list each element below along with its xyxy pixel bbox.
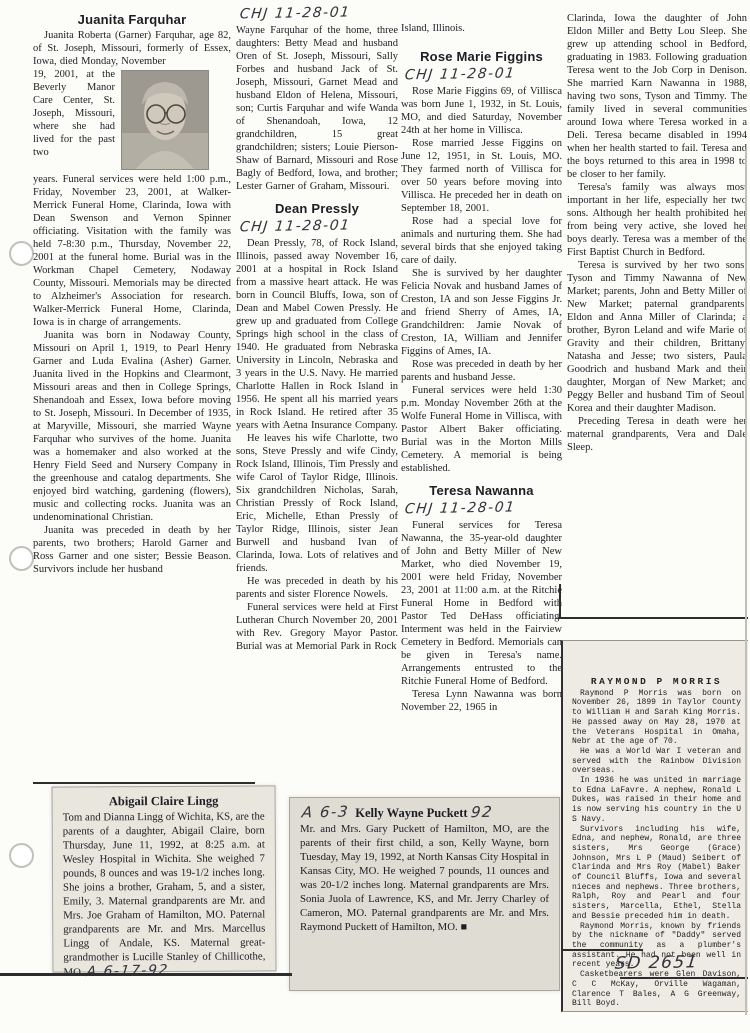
obit-paragraph: He leaves his wife Charlotte, two sons, … <box>236 432 398 575</box>
handwritten-annotation: 92 <box>470 805 494 819</box>
page-edge-line <box>745 150 747 1015</box>
end-mark: ■ <box>460 921 467 933</box>
obit-title: Dean Pressly <box>236 201 398 216</box>
birth-title: Abigail Claire Lingg <box>63 793 265 808</box>
obit-paragraph: He was preceded in death by his parents … <box>236 575 398 601</box>
hole-punch-icon <box>9 241 34 266</box>
obit-paragraph: Casketbearers were Glen Davison, C C McK… <box>572 970 741 1009</box>
separator-line <box>559 584 561 618</box>
separator-line <box>0 973 292 976</box>
obit-paragraph: Teresa's family was always most importan… <box>567 181 747 259</box>
handwritten-annotation: CHJ 11-28-01 <box>404 65 562 84</box>
obit-paragraph: Rose Marie Figgins 69, of Villisca was b… <box>401 85 562 137</box>
obit-paragraph: Wayne Farquhar of the home, three daught… <box>236 24 398 193</box>
obit-title: Rose Marie Figgins <box>401 49 562 64</box>
birth-body: Mr. and Mrs. Gary Puckett of Hamilton, M… <box>300 822 549 934</box>
separator-line <box>558 617 748 619</box>
obit-paragraph: Clarinda, Iowa the daughter of John Eldo… <box>567 12 747 181</box>
obit-paragraph: Island, Illinois. <box>401 22 562 35</box>
obit-paragraph: In 1936 he was united in marriage to Edn… <box>572 776 741 825</box>
obit-paragraph: Funeral services for Teresa Nawanna, the… <box>401 519 562 688</box>
obit-paragraph: Funeral services were held at First Luth… <box>236 601 398 653</box>
clipping-abigail-lingg: Abigail Claire Lingg Tom and Dianna Ling… <box>52 785 277 972</box>
obit-paragraph: He was a World War I veteran and served … <box>572 747 741 776</box>
hole-punch-icon <box>9 843 34 868</box>
obit-title: Juanita Farquhar <box>33 12 231 27</box>
obit-title: RAYMOND P MORRIS <box>572 677 741 687</box>
obit-paragraph: Teresa Lynn Nawanna was born November 22… <box>401 688 562 714</box>
birth-text: Tom and Dianna Lingg of Wichita, KS, are… <box>63 810 266 978</box>
separator-line <box>33 782 255 784</box>
obit-paragraph: Dean Pressly, 78, of Rock Island, Illino… <box>236 237 398 432</box>
obit-paragraph: Juanita was preceded in death by her par… <box>33 524 231 576</box>
obit-paragraph: Juanita Roberta (Garner) Farquhar, age 8… <box>33 29 231 68</box>
portrait-photo <box>121 70 209 170</box>
scanned-obituary-page: Juanita Farquhar Juanita Roberta (Garner… <box>0 0 750 1033</box>
birth-text: Mr. and Mrs. Gary Puckett of Hamilton, M… <box>300 823 549 933</box>
obit-paragraph: Teresa is survived by her two sons, Tyso… <box>567 259 747 415</box>
obituary-column-4: Clarinda, Iowa the daughter of John Eldo… <box>567 12 747 612</box>
separator-line <box>620 977 748 979</box>
obit-paragraph: Survivors including his wife, Edna, and … <box>572 825 741 922</box>
obit-paragraph: Funeral services were held 1:30 p.m. Mon… <box>401 384 562 475</box>
obit-paragraph: Juanita was born in Nodaway County, Miss… <box>33 329 231 524</box>
obit-paragraph: Preceding Teresa in death were her mater… <box>567 415 747 454</box>
obituary-column-2: CHJ 11-28-01 Wayne Farquhar of the home,… <box>236 4 398 780</box>
handwritten-annotation: A 6-17-92 <box>86 963 170 979</box>
obit-paragraph: years. Funeral services were held 1:00 p… <box>33 173 231 329</box>
hole-punch-icon <box>9 546 34 571</box>
birth-body: Tom and Dianna Lingg of Wichita, KS, are… <box>63 809 266 979</box>
obit-title: Teresa Nawanna <box>401 483 562 498</box>
separator-line <box>563 949 643 951</box>
birth-title-text: Kelly Wayne Puckett <box>355 806 467 820</box>
obituary-column-3: Island, Illinois. Rose Marie Figgins CHJ… <box>401 22 562 786</box>
handwritten-annotation: CHJ 11-28-01 <box>239 217 398 236</box>
obit-paragraph: She is survived by her daughter Felicia … <box>401 267 562 358</box>
obit-paragraph: Rose was preceded in death by her parent… <box>401 358 562 384</box>
portrait-photo-drawing <box>122 71 208 169</box>
birth-title: A 6-3 Kelly Wayne Puckett 92 <box>302 805 549 820</box>
handwritten-annotation: SD 2651 <box>614 952 699 973</box>
photo-text-wrap: 19, 2001, at the Beverly Manor Care Cent… <box>33 68 231 173</box>
handwritten-annotation: CHJ 11-28-01 <box>404 499 562 518</box>
obituary-juanita-farquhar: Juanita Farquhar Juanita Roberta (Garner… <box>33 12 231 778</box>
handwritten-annotation: A 6-3 <box>301 805 350 820</box>
handwritten-annotation: CHJ 11-28-01 <box>239 4 398 22</box>
obit-paragraph: Rose had a special love for animals and … <box>401 215 562 267</box>
obit-paragraph: Raymond P Morris was born on November 26… <box>572 689 741 747</box>
obit-paragraph: Rose married Jesse Figgins on June 12, 1… <box>401 137 562 215</box>
clipping-kelly-puckett: A 6-3 Kelly Wayne Puckett 92 Mr. and Mrs… <box>289 797 560 991</box>
